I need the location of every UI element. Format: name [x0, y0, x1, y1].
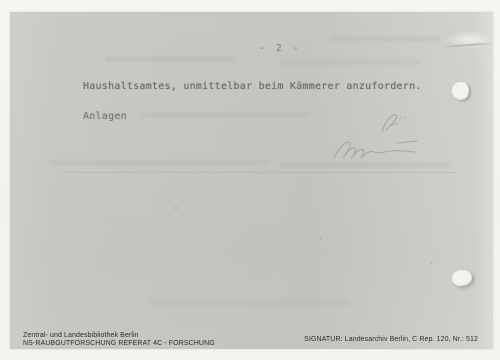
paper-grain-texture	[10, 12, 493, 349]
library-stamp: Zentral- und Landesbibliothek Berlin NS-…	[23, 332, 215, 348]
library-stamp-line2: NS-RAUBGUTFORSCHUNG REFERAT 4C - FORSCHU…	[23, 340, 215, 348]
bleedthrough-smudge	[150, 300, 350, 305]
bleedthrough-smudge	[330, 36, 440, 42]
bleedthrough-smudge	[50, 160, 270, 165]
paper-fold-highlight	[440, 30, 498, 54]
hole-punch-top	[451, 81, 470, 101]
paper-speck	[210, 72, 211, 73]
paper-speck	[270, 147, 271, 148]
paper-speck	[320, 237, 322, 239]
paper-speck	[175, 207, 177, 209]
typewritten-body-line: Haushaltsamtes, unmittelbar beim Kämmere…	[83, 81, 422, 92]
archive-signature-stamp: SIGNATUR: Landesarchiv Berlin, C Rep. 12…	[304, 336, 478, 343]
paper-speck	[430, 262, 432, 264]
paper-fold-crease	[442, 42, 496, 48]
scan-line-artifact	[60, 172, 456, 173]
document-page: - 2 - Haushaltsamtes, unmittelbar beim K…	[10, 12, 493, 349]
paper-speck	[130, 302, 131, 303]
bleedthrough-smudge	[105, 56, 235, 62]
scan-background: - 2 - Haushaltsamtes, unmittelbar beim K…	[0, 0, 500, 360]
paper-speck	[250, 187, 251, 188]
paper-speck	[45, 172, 46, 173]
library-stamp-line1: Zentral- und Landesbibliothek Berlin	[23, 332, 215, 340]
attachments-label: Anlagen	[83, 111, 127, 122]
bleedthrough-smudge	[140, 112, 310, 117]
bleedthrough-smudge	[280, 59, 420, 65]
paper-speck	[105, 217, 107, 218]
hole-punch-bottom	[451, 269, 473, 287]
page-number: - 2 -	[248, 43, 312, 54]
handwritten-signature	[320, 108, 440, 168]
